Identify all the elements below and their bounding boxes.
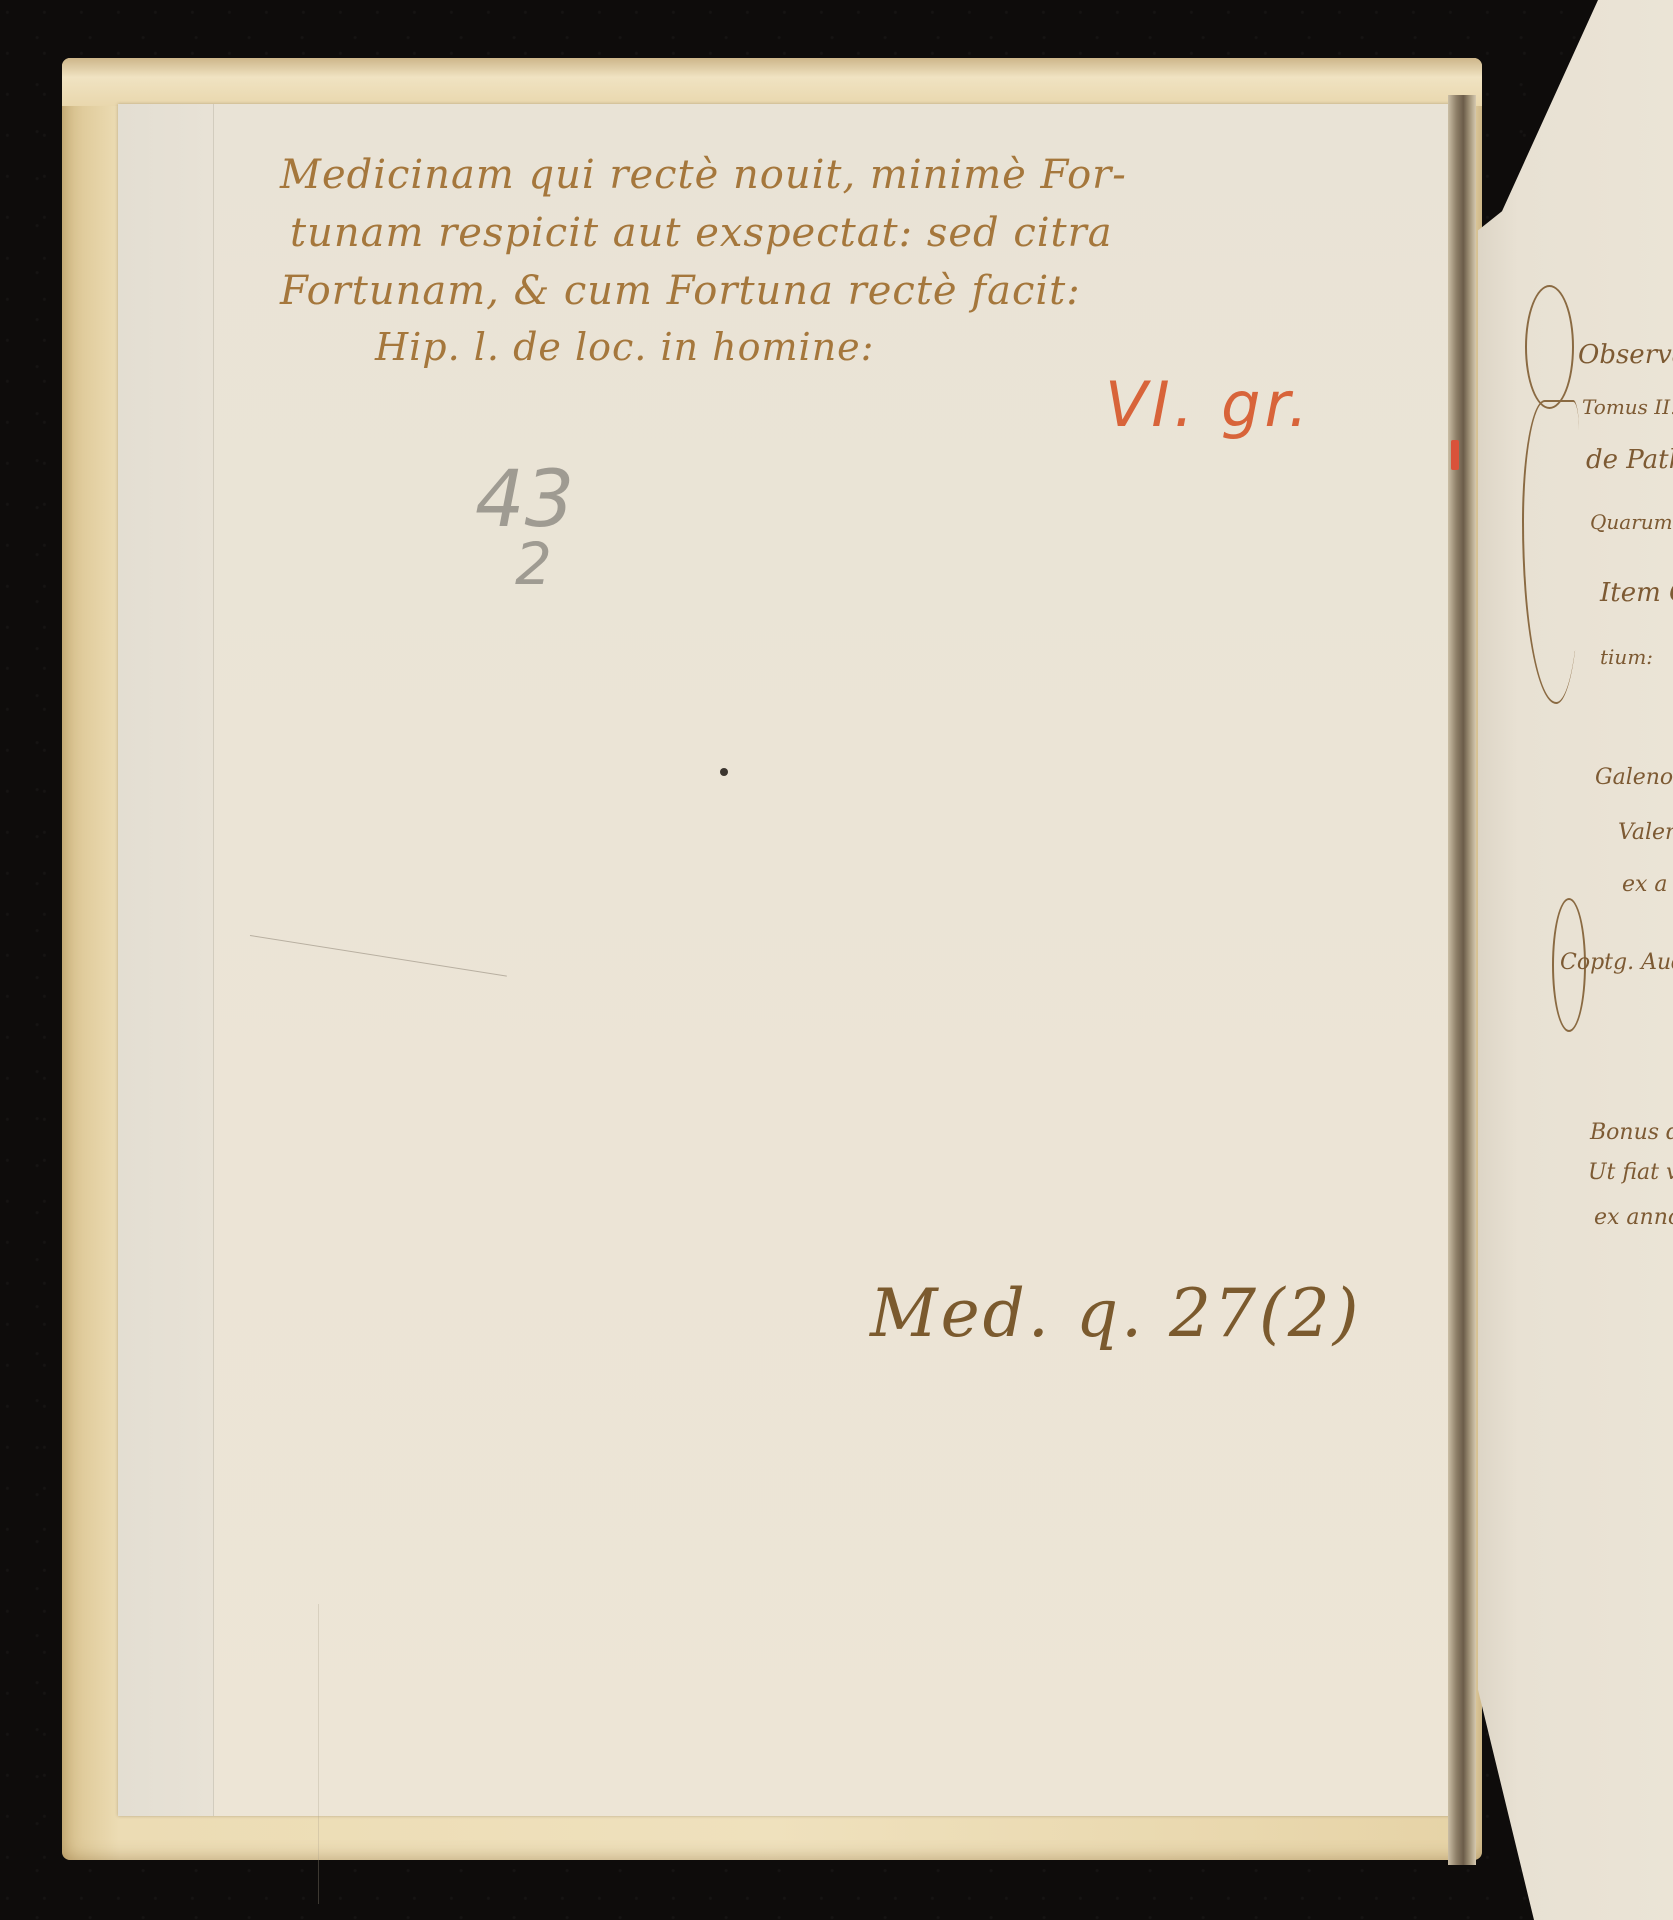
inscription-citation: Hip. l. de loc. in homine:	[375, 325, 874, 369]
flyleaf-text: ex a	[1622, 872, 1668, 897]
book-spine-gutter	[1448, 95, 1476, 1865]
inscription-line-1: Medicinam qui rectè nouit, minimè For-	[280, 152, 1127, 198]
vellum-turn-in-top	[62, 58, 1482, 106]
shelfmark: Med. q. 27(2)	[870, 1275, 1362, 1352]
flyleaf-text: Bonus dolo	[1590, 1120, 1673, 1145]
paper-repair-strip	[318, 1604, 379, 1904]
flyleaf-text: Valeria	[1618, 820, 1673, 845]
flyleaf-text: Tomus II. cont	[1582, 395, 1673, 419]
inscription-line-2: tunam respicit aut exspectat: sed citra	[290, 210, 1113, 256]
red-price-mark: VI. gr.	[1105, 368, 1312, 441]
flyleaf-text: Galeno	[1595, 765, 1673, 790]
flyleaf-text: Observationum	[1578, 340, 1673, 370]
flyleaf-text: Ut fiat v	[1588, 1160, 1673, 1185]
flyleaf-text: de Path	[1586, 445, 1673, 475]
flyleaf-text: Quarum de	[1590, 510, 1673, 534]
inscription-line-3: Fortunam, & cum Fortuna rectè facit:	[280, 268, 1081, 314]
flyleaf-text: Coptg. Aud	[1560, 950, 1673, 975]
pencil-subnumber: 2	[515, 530, 552, 598]
flyleaf-text: ex anno	[1594, 1205, 1673, 1230]
flyleaf-text: Item Gen	[1600, 578, 1673, 608]
flourish-initial-o	[1525, 285, 1574, 409]
red-spine-fragment	[1451, 440, 1459, 470]
ink-speck	[720, 768, 728, 776]
flyleaf-text: tium:	[1600, 645, 1653, 669]
